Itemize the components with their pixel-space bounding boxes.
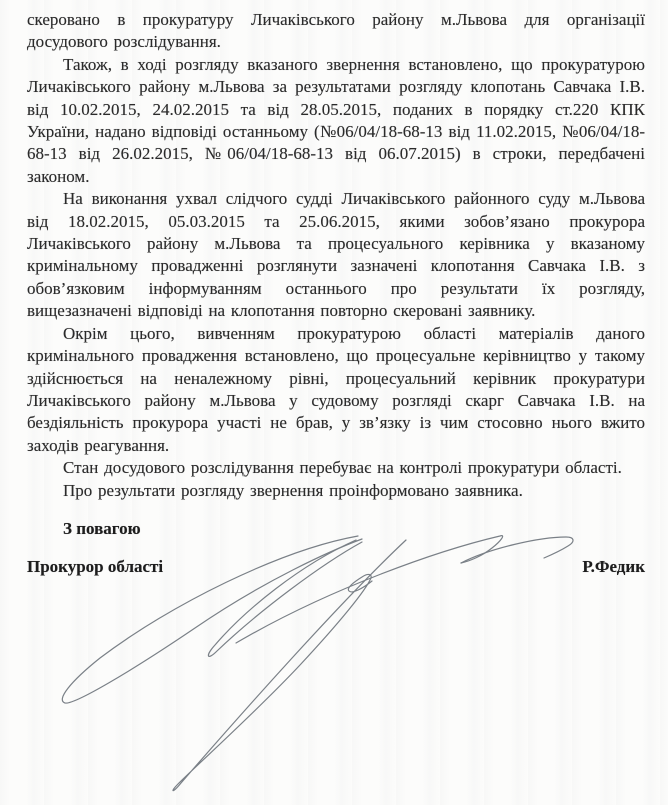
signature-stroke-tall-blade — [173, 540, 406, 791]
paragraph-review-findings: Також, в ході розгляду вказаного звернен… — [27, 54, 645, 188]
closing-salutation: З повагою — [63, 519, 645, 539]
signer-title: Прокурор області — [27, 557, 163, 577]
signature-block: Прокурор області Р.Федик — [27, 557, 645, 577]
paragraph-applicant-informed: Про результати розгляду звернення проінф… — [27, 480, 645, 502]
paragraph-continuation: скеровано в прокуратуру Личаківського ра… — [27, 9, 645, 54]
paragraph-investigation-status: Стан досудового розслідування перебуває … — [27, 457, 645, 479]
scanned-letter-page: скеровано в прокуратуру Личаківського ра… — [0, 0, 668, 805]
paragraph-oversight-findings: Окрім цього, вивченням прокуратурою обла… — [27, 323, 645, 457]
letter-body: скеровано в прокуратуру Личаківського ра… — [0, 0, 668, 577]
signer-name: Р.Федик — [582, 557, 645, 577]
paragraph-court-rulings: На виконання ухвал слідчого судді Личакі… — [27, 188, 645, 322]
